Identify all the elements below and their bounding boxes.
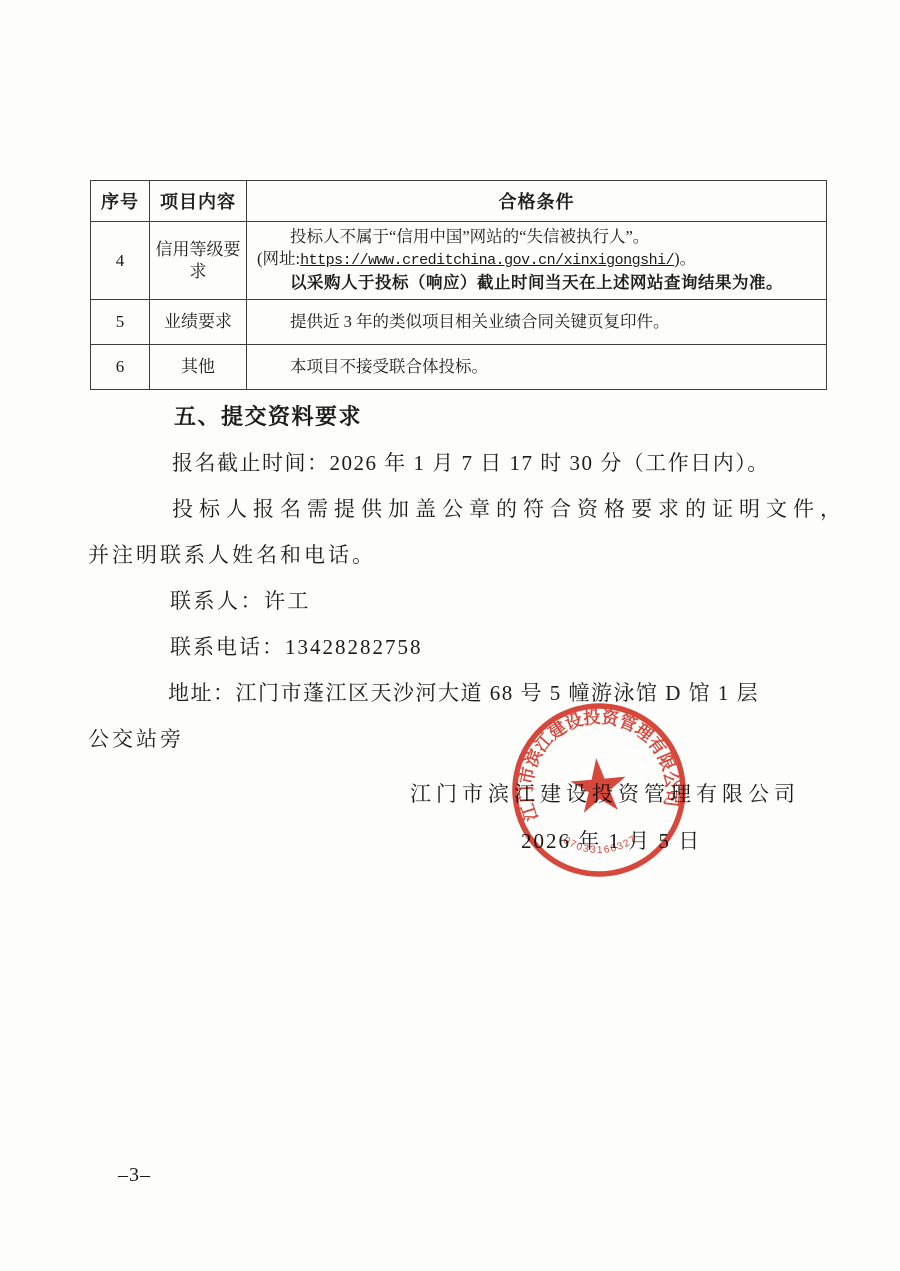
cell-item-name: 业绩要求: [150, 300, 247, 345]
cell-item-name: 其他: [150, 345, 247, 390]
credit-china-url: https://www.creditchina.gov.cn/xinxigong…: [300, 252, 674, 269]
seal-serial-number: 07033160327: [560, 829, 640, 860]
table-row-other: 6 其他 本项目不接受联合体投标。: [91, 345, 827, 390]
requirement-paragraph-line-2: 并注明联系人姓名和电话。: [88, 540, 376, 570]
cell-row-number: 4: [91, 222, 150, 300]
qualification-table: 序号 项目内容 合格条件 4 信用等级要求 投标人不属于“信用中国”网站的“失信…: [90, 180, 827, 390]
table-row-credit-rating: 4 信用等级要求 投标人不属于“信用中国”网站的“失信被执行人”。 (网址:ht…: [91, 222, 827, 300]
requirement-paragraph-line-1: 投标人报名需提供加盖公章的符合资格要求的证明文件，: [172, 494, 847, 524]
cell-conditions: 提供近 3 年的类似项目相关业绩合同关键页复印件。: [247, 300, 827, 345]
cell-conditions: 投标人不属于“信用中国”网站的“失信被执行人”。 (网址:https://www…: [247, 222, 827, 300]
section-heading: 五、提交资料要求: [174, 402, 362, 432]
cell-item-name: 信用等级要求: [150, 222, 247, 300]
url-suffix: )。: [674, 249, 696, 268]
condition-line-2: (网址:https://www.creditchina.gov.cn/xinxi…: [257, 248, 816, 272]
cell-row-number: 6: [91, 345, 150, 390]
table-row-performance: 5 业绩要求 提供近 3 年的类似项目相关业绩合同关键页复印件。: [91, 300, 827, 345]
col-header-no: 序号: [91, 181, 150, 222]
cell-row-number: 5: [91, 300, 150, 345]
cell-conditions: 本项目不接受联合体投标。: [247, 345, 827, 390]
url-prefix: (网址:: [257, 249, 300, 268]
col-header-item: 项目内容: [150, 181, 247, 222]
contact-phone-line: 联系电话：13428282758: [170, 632, 423, 662]
condition-text: 本项目不接受联合体投标。: [257, 356, 816, 378]
address-line-2: 公交站旁: [88, 724, 184, 754]
deadline-paragraph: 报名截止时间：2026 年 1 月 7 日 17 时 30 分（工作日内）。: [172, 448, 770, 478]
company-seal: 江门市滨江建设投资管理有限公司 07033160327: [501, 692, 696, 887]
col-header-conditions: 合格条件: [247, 181, 827, 222]
condition-line-3: 以采购人于投标（响应）截止时间当天在上述网站查询结果为准。: [257, 272, 816, 294]
contact-person-line: 联系人：许工: [170, 586, 311, 616]
seal-star-icon: [569, 756, 629, 814]
condition-line-1: 投标人不属于“信用中国”网站的“失信被执行人”。: [257, 226, 816, 248]
document-page: 序号 项目内容 合格条件 4 信用等级要求 投标人不属于“信用中国”网站的“失信…: [0, 0, 900, 1271]
page-number: –3–: [118, 1160, 151, 1190]
condition-text: 提供近 3 年的类似项目相关业绩合同关键页复印件。: [257, 311, 816, 333]
company-seal-graphic: 江门市滨江建设投资管理有限公司 07033160327: [501, 692, 696, 887]
table-header-row: 序号 项目内容 合格条件: [91, 181, 827, 222]
